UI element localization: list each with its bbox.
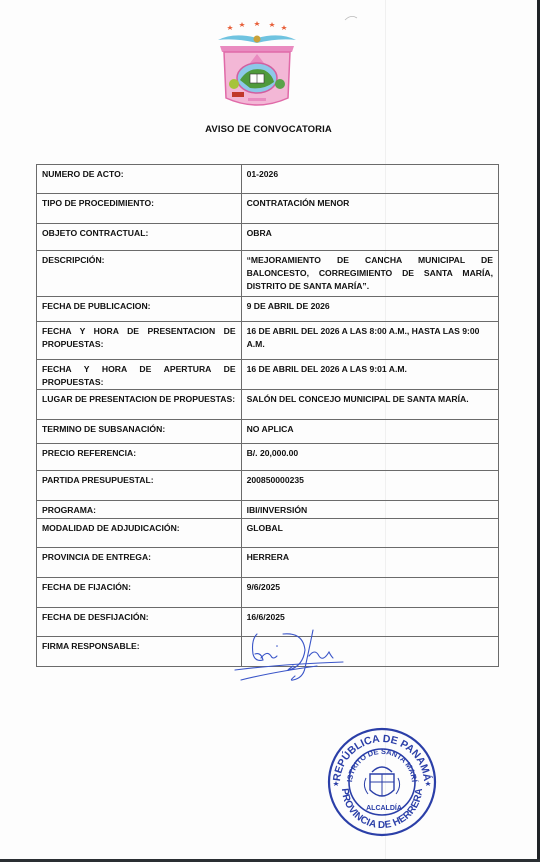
table-row: PROGRAMA: IBI/INVERSIÓN — [37, 501, 499, 519]
table-row: LUGAR DE PRESENTACION DE PROPUESTAS: SAL… — [37, 390, 499, 420]
convocation-table: NUMERO DE ACTO: 01-2026 TIPO DE PROCEDIM… — [36, 164, 499, 667]
row-label: PARTIDA PRESUPUESTAL: — [37, 471, 242, 501]
row-label: TIPO DE PROCEDIMIENTO: — [37, 194, 242, 224]
row-value: 200850000235 — [241, 471, 498, 501]
corner-mark — [344, 14, 358, 22]
table-row: FECHA DE PUBLICACION: 9 DE ABRIL DE 2026 — [37, 297, 499, 322]
row-value: 01-2026 — [241, 165, 498, 194]
row-label: PROGRAMA: — [37, 501, 242, 519]
row-value: CONTRATACIÓN MENOR — [241, 194, 498, 224]
document-title: AVISO DE CONVOCATORIA — [0, 124, 537, 135]
table-row: PARTIDA PRESUPUESTAL: 200850000235 — [37, 471, 499, 501]
row-value: 16 DE ABRIL DEL 2026 A LAS 8:00 A.M., HA… — [241, 322, 498, 360]
row-value: 9/6/2025 — [241, 578, 498, 608]
row-label: PROVINCIA DE ENTREGA: — [37, 548, 242, 578]
row-value: “MEJORAMIENTO DE CANCHA MUNICIPAL DE BAL… — [241, 251, 498, 297]
row-label: FECHA Y HORA DE APERTURA DE PROPUESTAS: — [37, 360, 242, 390]
table-row: TIPO DE PROCEDIMIENTO: CONTRATACIÓN MENO… — [37, 194, 499, 224]
row-value: HERRERA — [241, 548, 498, 578]
table-row: FECHA Y HORA DE APERTURA DE PROPUESTAS: … — [37, 360, 499, 390]
table-row: FECHA DE FIJACIÓN: 9/6/2025 — [37, 578, 499, 608]
row-value: B/. 20,000.00 — [241, 444, 498, 471]
row-value: OBRA — [241, 224, 498, 251]
row-value: GLOBAL — [241, 519, 498, 548]
table-row: PROVINCIA DE ENTREGA: HERRERA — [37, 548, 499, 578]
table-row: OBJETO CONTRACTUAL: OBRA — [37, 224, 499, 251]
table-row: PRECIO REFERENCIA: B/. 20,000.00 — [37, 444, 499, 471]
row-label: NUMERO DE ACTO: — [37, 165, 242, 194]
row-value: 9 DE ABRIL DE 2026 — [241, 297, 498, 322]
table-row: NUMERO DE ACTO: 01-2026 — [37, 165, 499, 194]
row-label: MODALIDAD DE ADJUDICACIÓN: — [37, 519, 242, 548]
table-row: MODALIDAD DE ADJUDICACIÓN: GLOBAL — [37, 519, 499, 548]
row-label: FECHA DE FIJACIÓN: — [37, 578, 242, 608]
row-label: PRECIO REFERENCIA: — [37, 444, 242, 471]
row-label: FECHA DE PUBLICACION: — [37, 297, 242, 322]
official-stamp-icon: REPÚBLICA DE PANAMÁ PROVINCIA DE HERRERA… — [326, 726, 438, 838]
stamp-alcaldia-text: ALCALDÍA — [366, 803, 402, 812]
signature-icon — [233, 626, 351, 682]
row-label: DESCRIPCIÓN: — [37, 251, 242, 297]
row-value: 16 DE ABRIL DEL 2026 A LAS 9:01 A.M. — [241, 360, 498, 390]
row-label: OBJETO CONTRACTUAL: — [37, 224, 242, 251]
row-label: FECHA DE DESFIJACIÓN: — [37, 608, 242, 637]
coat-of-arms-logo — [214, 18, 300, 114]
row-value: NO APLICA — [241, 420, 498, 444]
table-row: TERMINO DE SUBSANACIÓN: NO APLICA — [37, 420, 499, 444]
table-row: DESCRIPCIÓN: “MEJORAMIENTO DE CANCHA MUN… — [37, 251, 499, 297]
row-label: FECHA Y HORA DE PRESENTACION DE PROPUEST… — [37, 322, 242, 360]
table-row: FECHA Y HORA DE PRESENTACION DE PROPUEST… — [37, 322, 499, 360]
row-label: FIRMA RESPONSABLE: — [37, 637, 242, 667]
row-label: LUGAR DE PRESENTACION DE PROPUESTAS: — [37, 390, 242, 420]
row-label: TERMINO DE SUBSANACIÓN: — [37, 420, 242, 444]
row-value: IBI/INVERSIÓN — [241, 501, 498, 519]
row-value: SALÓN DEL CONCEJO MUNICIPAL DE SANTA MAR… — [241, 390, 498, 420]
